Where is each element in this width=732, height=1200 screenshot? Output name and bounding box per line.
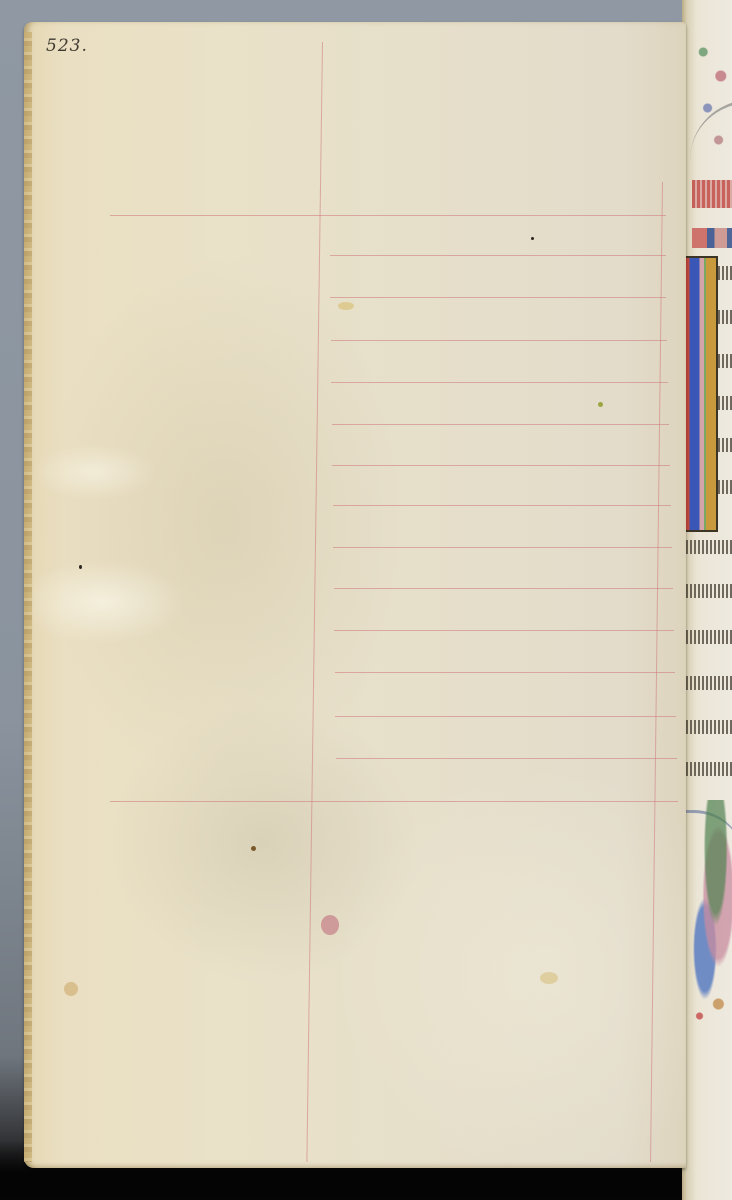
ruling-line <box>110 215 666 216</box>
ruling-line <box>334 630 674 631</box>
ruling-line <box>333 505 671 506</box>
blank-ruled-folio: 523. <box>24 22 686 1168</box>
ruling-line <box>110 801 678 802</box>
floral-border-bottom <box>686 800 732 1040</box>
deckled-edge <box>24 32 32 1162</box>
text-line <box>686 584 732 598</box>
decorated-line-filler <box>692 228 732 248</box>
illuminated-initial <box>684 256 718 532</box>
folio-number: 523. <box>46 36 88 56</box>
ruling-line <box>331 340 667 341</box>
green-fleck <box>598 402 603 407</box>
ruling-line <box>330 255 666 256</box>
ruling-line <box>330 297 666 298</box>
text-line <box>718 396 732 410</box>
dark-dot <box>79 565 82 569</box>
brown-spot <box>251 846 256 851</box>
ruling-line <box>334 588 673 589</box>
text-line <box>686 762 732 776</box>
red-stain <box>321 915 339 935</box>
ruling-line <box>336 758 677 759</box>
text-line <box>686 720 732 734</box>
ruling-line <box>332 465 670 466</box>
dark-dot <box>531 237 534 240</box>
ruling-left-bound <box>306 42 323 1162</box>
text-line <box>686 676 732 690</box>
text-line <box>718 354 732 368</box>
ruling-line <box>332 424 669 425</box>
yellow-stain <box>338 302 354 310</box>
ruling-line <box>333 547 672 548</box>
red-rubric <box>692 180 732 208</box>
yellow-stain <box>64 982 78 996</box>
ruling-line <box>335 716 676 717</box>
facing-illuminated-page <box>682 0 732 1200</box>
text-line <box>718 266 732 280</box>
text-line <box>686 630 732 644</box>
text-line <box>686 540 732 554</box>
text-line <box>718 480 732 494</box>
ruling-line <box>331 382 668 383</box>
text-line <box>718 438 732 452</box>
yellow-stain <box>540 972 558 984</box>
ruling-line <box>335 672 675 673</box>
text-line <box>718 310 732 324</box>
